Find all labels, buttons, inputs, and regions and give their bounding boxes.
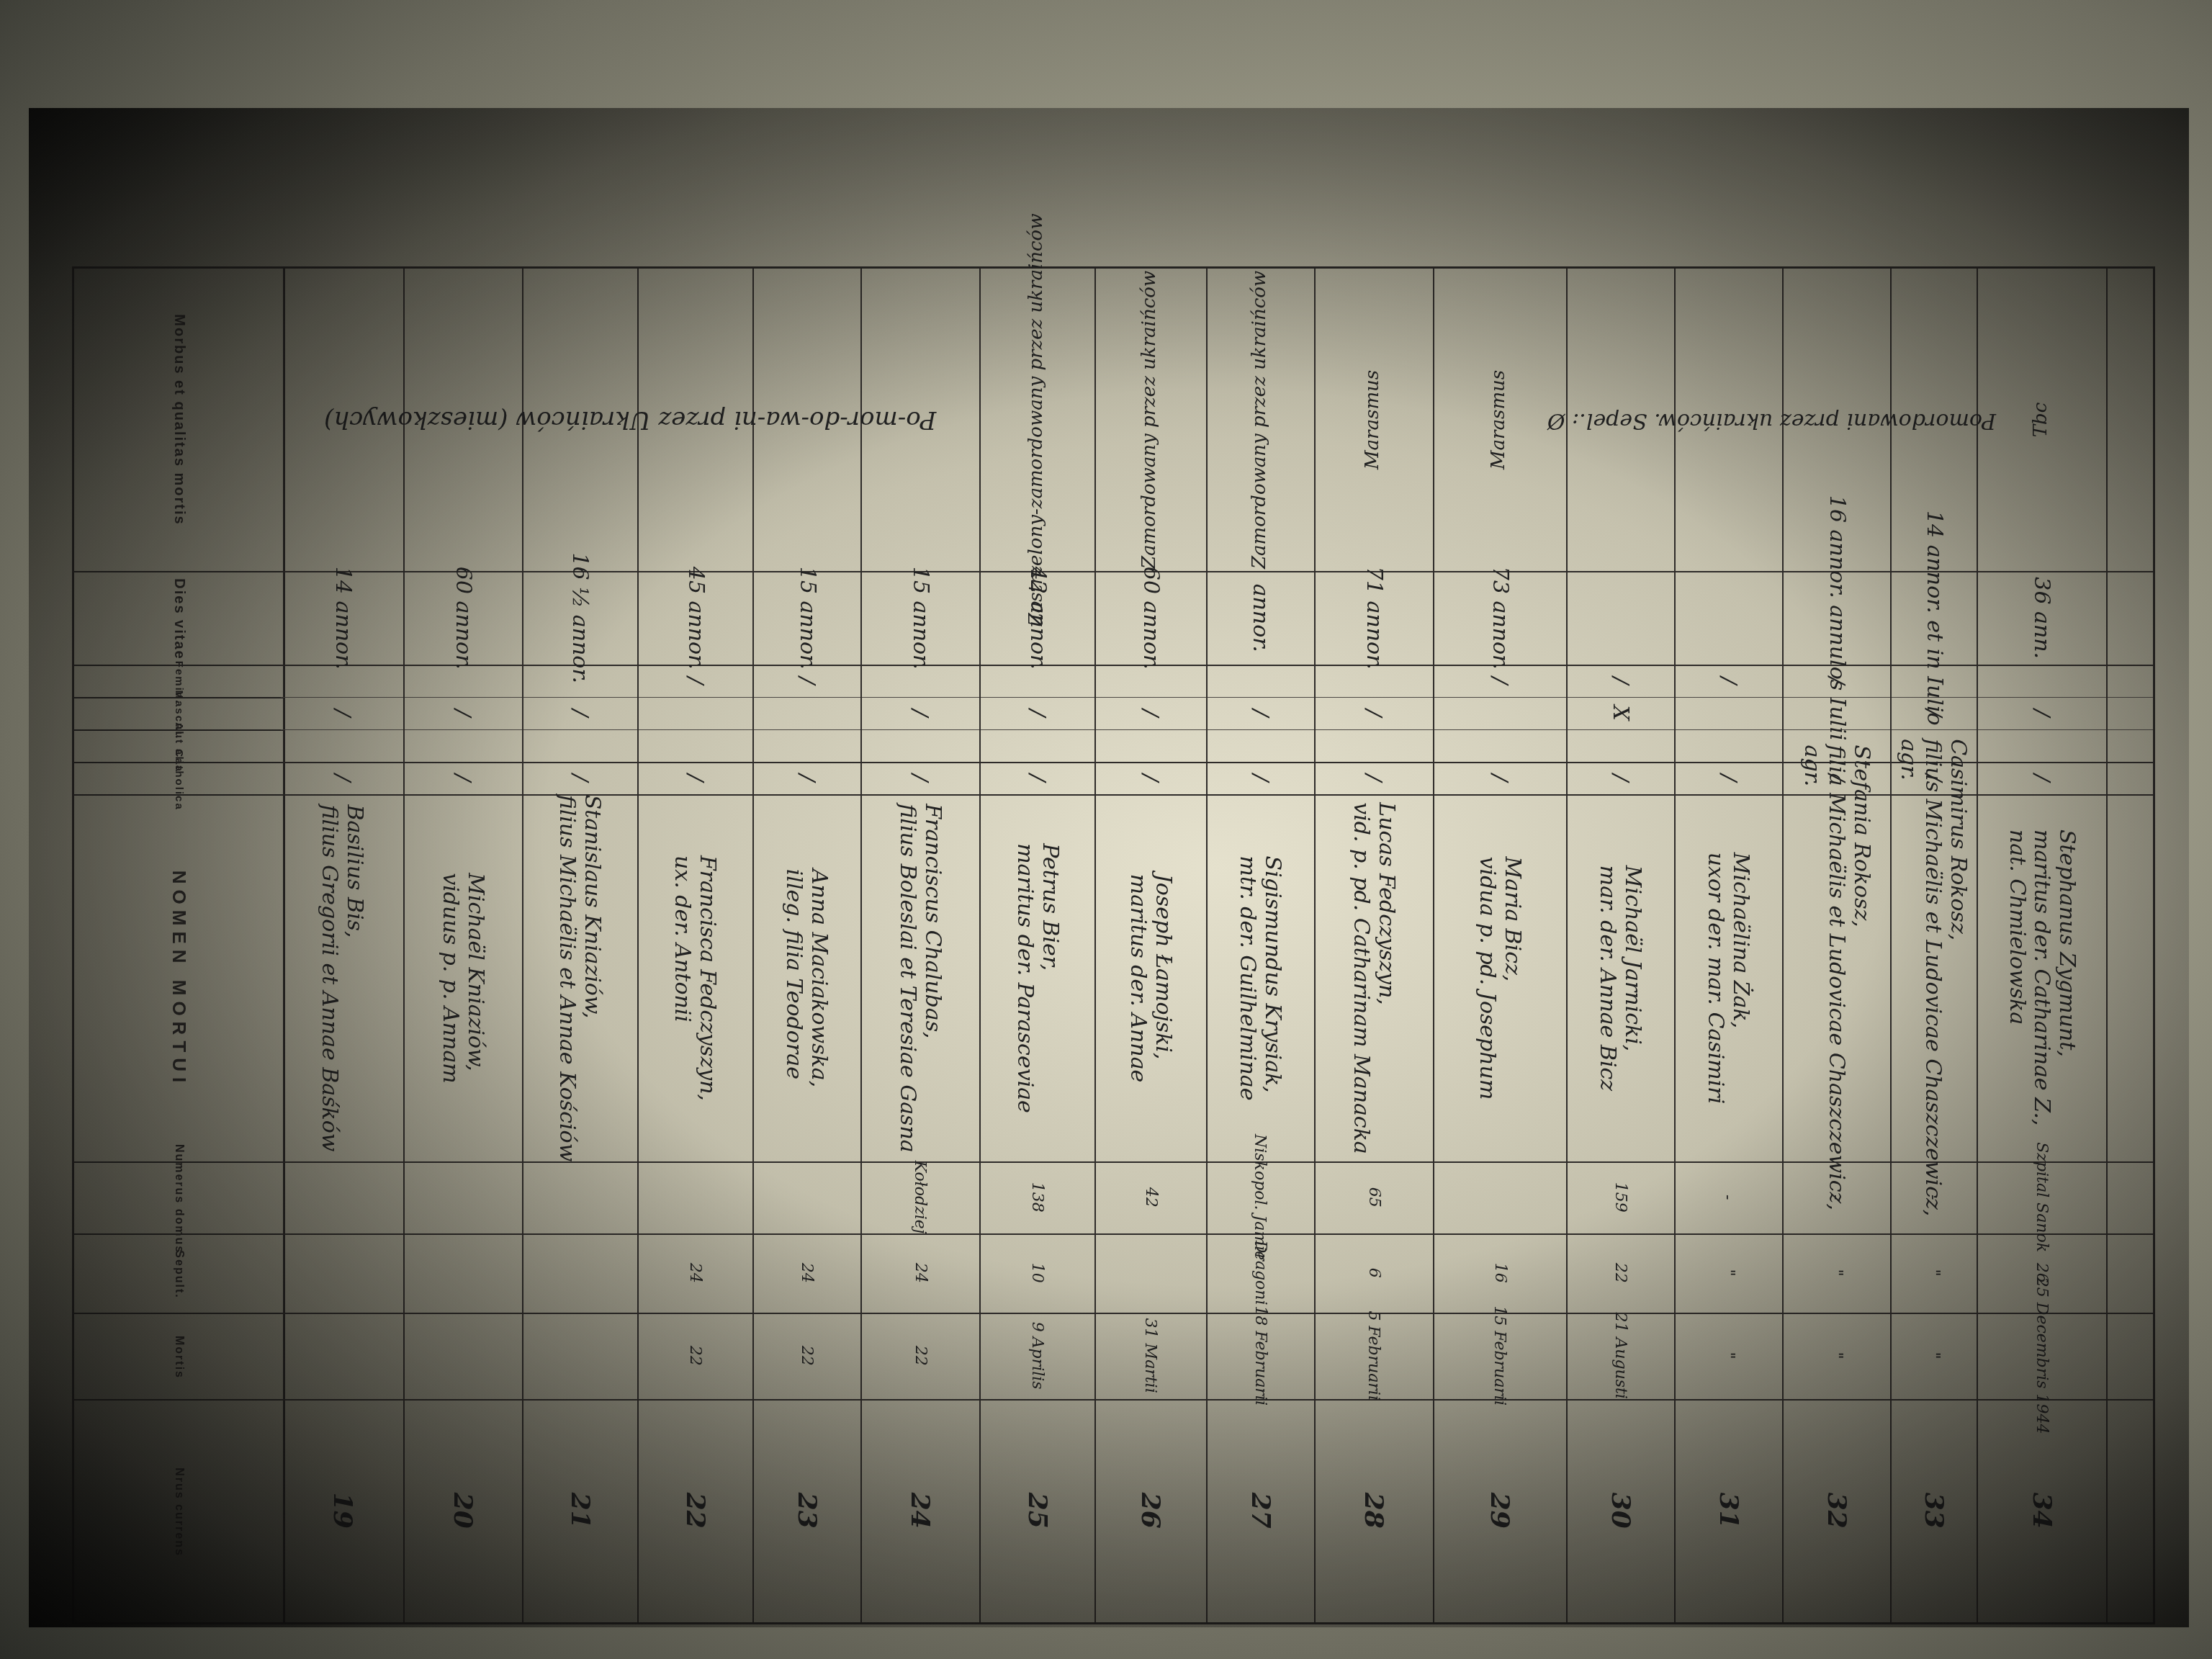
religion-catholic-mark: / <box>1890 762 1977 794</box>
age-value-text: 15 annor. <box>794 567 819 670</box>
entry-number-text: 34 <box>2026 1493 2056 1529</box>
deceased-name-text: Stanislaus Kniaziów, filius Michaëlis et… <box>555 794 605 1161</box>
deceased-name-text: Petrus Bier, maritus der. Parasceviae <box>1012 843 1062 1113</box>
burial-date: " <box>1890 1233 1977 1313</box>
age-value <box>1566 571 1674 665</box>
house-number: 65 <box>1314 1161 1433 1233</box>
cause-of-death-text: Marasmus <box>1489 370 1511 469</box>
sex-male-mark: / <box>1977 697 2106 729</box>
religion-other-mark <box>403 729 522 762</box>
deceased-name-text: Michaël Jarnicki, mar. der. Annae Bicz <box>1596 865 1645 1090</box>
sex-female-mark-text: / <box>1608 677 1633 684</box>
deceased-name: Michaël Kniaziów, viduus p. p. Annam <box>403 794 522 1161</box>
age-value: 16 ½ annor. <box>522 571 637 665</box>
header-age: Dies vitae <box>74 571 283 666</box>
entry-number-text: 27 <box>1245 1493 1274 1529</box>
deceased-name-text: Michaël Kniaziów, viduus p. p. Annam <box>438 873 487 1084</box>
sex-female-mark <box>860 665 979 697</box>
entry-number-text: 23 <box>791 1493 821 1529</box>
age-value-text: 16 ½ annor. <box>567 552 593 683</box>
religion-catholic-mark: / <box>1674 762 1782 794</box>
deceased-name-text: Lucas Fedczyszyn, vid. p. pd. Catharinam… <box>1349 802 1398 1154</box>
entry-number: 28 <box>1314 1399 1433 1622</box>
deceased-name: Anna Maciakowska, illeg. filia Teodorae <box>752 794 860 1161</box>
death-date-text: " <box>1924 1352 1942 1359</box>
death-date-text: 21 Augusti <box>1611 1313 1629 1399</box>
religion-other-mark <box>1674 729 1782 762</box>
deceased-name: Stephanus Zygmunt, maritus der. Catharin… <box>1977 794 2106 1161</box>
header-name: NOMEN MORTUI <box>74 794 283 1163</box>
religion-catholic-mark-text: / <box>1824 774 1849 781</box>
house-number <box>752 1161 860 1233</box>
entry-number-text: 33 <box>1918 1493 1948 1529</box>
age-value-text: 60 annor. <box>450 567 475 670</box>
register-grid: 19Basilius Bis, filius Gregorii et Annae… <box>281 266 2155 1624</box>
deceased-name-text: Michaëlina Żak, uxor der. mar. Casimiri <box>1704 852 1753 1104</box>
religion-other-mark <box>637 729 752 762</box>
header-cause: Morbus et qualitas mortis <box>74 269 283 571</box>
sex-male-mark: / <box>1206 697 1314 729</box>
entry-number: 29 <box>1433 1399 1566 1622</box>
age-value: annor. <box>1206 571 1314 665</box>
sex-male-mark-text: X <box>1608 706 1633 721</box>
age-value-text: 15 annor. <box>907 567 932 670</box>
deceased-name: Stefania Rokosz, filia Michaëlis et Ludo… <box>1782 794 1890 1161</box>
cause-of-death: Zamordowany przez ukraińców <box>1094 269 1206 571</box>
burial-date <box>403 1233 522 1313</box>
deceased-name-text: Stephanus Zygmunt, maritus der. Catharin… <box>2004 829 2079 1126</box>
sex-male-mark: X <box>1566 697 1674 729</box>
religion-catholic-mark: / <box>1782 762 1890 794</box>
sex-female-mark: / <box>1674 665 1782 697</box>
death-date-text: 22 <box>911 1346 929 1366</box>
burial-date: " <box>1674 1233 1782 1313</box>
age-value-text: 14 annor. <box>330 567 355 670</box>
deceased-name-text: Stefania Rokosz, filia Michaëlis et Ludo… <box>1799 745 1874 1210</box>
deceased-name-text: Francisca Fedczyszyn, ux. der. Antonii <box>670 855 720 1100</box>
religion-catholic-mark-text: / <box>683 774 708 781</box>
burial-date-text: " <box>1827 1269 1845 1277</box>
entry-number-text: 31 <box>1713 1493 1743 1529</box>
death-date-text: 31 Martii <box>1141 1318 1159 1393</box>
entry-number: 27 <box>1206 1399 1314 1622</box>
age-value: 15 annor. <box>752 571 860 665</box>
burial-date: 24 <box>637 1233 752 1313</box>
header-death: Mortis <box>74 1313 283 1401</box>
burial-date <box>522 1233 637 1313</box>
death-date: 22 <box>752 1313 860 1399</box>
death-date: " <box>1782 1313 1890 1399</box>
house-number-text: Kołodziej <box>911 1161 929 1234</box>
death-date: " <box>1890 1313 1977 1399</box>
sex-female-mark-text: / <box>1487 677 1512 684</box>
religion-other-mark <box>1890 729 1977 762</box>
deceased-name: Maria Bicz, vidua p. pd. Josephum <box>1433 794 1566 1161</box>
religion-other-mark <box>860 729 979 762</box>
sex-female-mark-text: / <box>1716 677 1741 684</box>
age-value: 15 annor. <box>860 571 979 665</box>
age-value: 71 annor. <box>1314 571 1433 665</box>
sex-female-mark <box>403 665 522 697</box>
religion-catholic-mark: / <box>522 762 637 794</box>
house-number: 42 <box>1094 1161 1206 1233</box>
age-value-text: 60 annor. <box>1138 567 1163 670</box>
religion-other-mark <box>281 729 403 762</box>
religion-other-mark <box>1314 729 1433 762</box>
entry-number: 21 <box>522 1399 637 1622</box>
death-date-text: " <box>1719 1352 1737 1359</box>
religion-catholic-mark: / <box>1094 762 1206 794</box>
sex-female-mark <box>1206 665 1314 697</box>
group-cause-of-death: Po-mor-do-wa-ni przez Ukraińców (mieszko… <box>281 269 979 571</box>
group-cause-of-death-2: Pomordowani przez ukraińców. Sepel.: Ø <box>1566 269 1977 571</box>
house-number: - <box>1674 1161 1782 1233</box>
age-value: 73 annor. <box>1433 571 1566 665</box>
burial-date <box>1094 1233 1206 1313</box>
death-date: 25 Decembris 1944 <box>1977 1313 2106 1399</box>
sex-male-mark-text: / <box>2029 709 2054 716</box>
sex-male-mark-text: / <box>567 709 593 716</box>
entry-number: 31 <box>1674 1399 1782 1622</box>
entry-number-text: 28 <box>1359 1493 1388 1529</box>
cause-of-death-text: Zastrzelony-zamordowany przez ukraińców <box>1026 214 1048 626</box>
burial-date: 10 <box>979 1233 1094 1313</box>
deceased-name-text: Casimirus Rokosz, filius Michaëlis et Lu… <box>1896 739 1971 1216</box>
sex-male-mark: / <box>979 697 1094 729</box>
death-date-text: 9 Aprilis <box>1028 1322 1046 1390</box>
death-date: 22 <box>637 1313 752 1399</box>
religion-catholic-mark-text: / <box>1248 774 1273 781</box>
register-header: Morbus et qualitas mortis Dies vitae Fem… <box>72 266 285 1624</box>
death-date <box>522 1313 637 1399</box>
religion-catholic-mark: / <box>979 762 1094 794</box>
entry-number-text: 24 <box>905 1493 935 1529</box>
burial-date: 24 <box>752 1233 860 1313</box>
entry-number-text: 29 <box>1485 1493 1514 1529</box>
house-number <box>1433 1161 1566 1233</box>
age-value: 45 annor. <box>637 571 752 665</box>
cause-of-death: Marasmus <box>1433 269 1566 571</box>
cause-of-death: Zastrzelony-zamordowany przez ukraińców <box>979 269 1094 571</box>
entry-number-text: 22 <box>680 1493 709 1529</box>
sex-male-mark <box>1674 697 1782 729</box>
deceased-name: Casimirus Rokosz, filius Michaëlis et Lu… <box>1890 794 1977 1161</box>
death-date: " <box>1674 1313 1782 1399</box>
sex-male-mark: / <box>522 697 637 729</box>
sex-male-mark <box>752 697 860 729</box>
religion-catholic-mark-text: / <box>794 774 819 781</box>
sex-male-mark: / <box>403 697 522 729</box>
death-date-text: 18 Februarii <box>1251 1306 1269 1406</box>
cause-of-death-text: Zamordowany przez ukraińców <box>1140 271 1161 569</box>
entry-number: 33 <box>1890 1399 1977 1622</box>
house-number: Niskopol. Jamie <box>1206 1161 1314 1233</box>
deceased-name: Michaëlina Żak, uxor der. mar. Casimiri <box>1674 794 1782 1161</box>
cause-of-death-text: Marasmus <box>1363 370 1385 469</box>
entry-number: 22 <box>637 1399 752 1622</box>
religion-other-mark <box>522 729 637 762</box>
burial-date: 22 <box>1566 1233 1674 1313</box>
death-date-text: 22 <box>685 1346 703 1366</box>
deceased-name: Lucas Fedczyszyn, vid. p. pd. Catharinam… <box>1314 794 1433 1161</box>
house-number-text: - <box>1719 1195 1737 1200</box>
age-value-text: 73 annor. <box>1487 567 1512 670</box>
burial-date <box>281 1233 403 1313</box>
deceased-name-text: Franciscus Chalubas, filius Boleslai et … <box>895 804 945 1152</box>
burial-date: " <box>1782 1233 1890 1313</box>
house-number <box>637 1161 752 1233</box>
deceased-name-text: Sigismundus Krysiak, mtr. der. Guilhelmi… <box>1236 855 1285 1100</box>
deceased-name-text: Maria Bicz, vidua p. pd. Josephum <box>1475 856 1524 1100</box>
religion-other-mark <box>752 729 860 762</box>
death-date-text: " <box>1827 1352 1845 1359</box>
entry-number-text: 19 <box>327 1493 356 1529</box>
religion-catholic-mark: / <box>1433 762 1566 794</box>
death-date: 5 Februarii <box>1314 1313 1433 1399</box>
sex-male-mark-text: / <box>1138 709 1163 716</box>
religion-other-mark <box>1206 729 1314 762</box>
religion-catholic-mark: / <box>1314 762 1433 794</box>
sex-male-mark <box>1433 697 1566 729</box>
death-date: 22 <box>860 1313 979 1399</box>
sex-female-mark <box>1977 665 2106 697</box>
age-value-text: annor. <box>1248 583 1273 652</box>
sex-male-mark-text: / <box>330 709 355 716</box>
house-number <box>281 1161 403 1233</box>
religion-other-mark <box>1566 729 1674 762</box>
house-number: 159 <box>1566 1161 1674 1233</box>
sex-female-mark <box>1314 665 1433 697</box>
entry-number-text: 26 <box>1136 1493 1165 1529</box>
sex-male-mark: / <box>1314 697 1433 729</box>
house-number-text: 138 <box>1028 1182 1046 1213</box>
religion-catholic-mark-text: / <box>1138 774 1163 781</box>
age-value: 60 annor. <box>403 571 522 665</box>
sex-male-mark-text: / <box>1361 709 1386 716</box>
death-date-text: 15 Februarii <box>1491 1306 1509 1406</box>
sex-male-mark-text: / <box>1248 709 1273 716</box>
deceased-name-text: Joseph Łamojski, maritus der. Annae <box>1125 873 1175 1082</box>
burial-date-text: 16 <box>1491 1263 1509 1283</box>
house-number-text: 65 <box>1364 1187 1382 1208</box>
sex-female-mark <box>281 665 403 697</box>
deceased-name: Basilius Bis, filius Gregorii et Annae B… <box>281 794 403 1161</box>
age-value-text: 36 ann. <box>2029 577 2054 659</box>
house-number: Kołodziej <box>860 1161 979 1233</box>
group-cause-text: Po-mor-do-wa-ni przez Ukraińców (mieszko… <box>324 405 936 433</box>
deceased-name: Francisca Fedczyszyn, ux. der. Antonii <box>637 794 752 1161</box>
sex-male-mark-text: / <box>907 709 932 716</box>
sex-female-mark: / <box>752 665 860 697</box>
religion-catholic-mark-text: / <box>1716 774 1741 781</box>
register-page: Morbus et qualitas mortis Dies vitae Fem… <box>29 108 2189 1627</box>
entry-number-text: 30 <box>1605 1493 1635 1529</box>
religion-catholic-mark-text: / <box>1487 774 1512 781</box>
sex-female-mark-text: / <box>683 677 708 684</box>
house-number-text: 42 <box>1141 1187 1159 1208</box>
cause-of-death: Tbc <box>1977 269 2106 571</box>
deceased-name: Franciscus Chalubas, filius Boleslai et … <box>860 794 979 1161</box>
age-value <box>1674 571 1782 665</box>
burial-date-text: 6 <box>1364 1268 1382 1278</box>
house-number <box>522 1161 637 1233</box>
religion-catholic-mark: / <box>281 762 403 794</box>
death-date <box>403 1313 522 1399</box>
death-date-text: 22 <box>797 1346 815 1366</box>
cause-of-death: Zamordowany przez ukraińców <box>1206 269 1314 571</box>
deceased-name-text: Basilius Bis, filius Gregorii et Annae B… <box>318 804 367 1151</box>
age-value: 16 annor. annulos Iulii <box>1782 571 1890 665</box>
religion-catholic-mark: / <box>403 762 522 794</box>
religion-other-mark <box>1094 729 1206 762</box>
house-number-text: 159 <box>1611 1182 1629 1213</box>
burial-date-text: 24 <box>797 1263 815 1283</box>
religion-catholic-mark-text: / <box>1921 774 1946 781</box>
religion-other-mark <box>1977 729 2106 762</box>
burial-date: 6 <box>1314 1233 1433 1313</box>
religion-catholic-mark-text: / <box>1608 774 1633 781</box>
religion-catholic-mark: / <box>1977 762 2106 794</box>
sex-male-mark: / <box>1094 697 1206 729</box>
sex-female-mark: / <box>1566 665 1674 697</box>
religion-catholic-mark-text: / <box>907 774 932 781</box>
religion-catholic-mark: / <box>1206 762 1314 794</box>
death-date <box>281 1313 403 1399</box>
age-value: 14 annor. et in Iulio <box>1890 571 1977 665</box>
deceased-name: Stanislaus Kniaziów, filius Michaëlis et… <box>522 794 637 1161</box>
sex-female-mark: / <box>1433 665 1566 697</box>
entry-number: 20 <box>403 1399 522 1622</box>
religion-catholic-mark: / <box>1566 762 1674 794</box>
age-value: 36 ann. <box>1977 571 2106 665</box>
header-house: Numerus domus <box>74 1161 283 1235</box>
death-date: 21 Augusti <box>1566 1313 1674 1399</box>
death-date-text: 5 Februarii <box>1364 1311 1382 1401</box>
religion-catholic-mark-text: / <box>330 774 355 781</box>
deceased-name: Sigismundus Krysiak, mtr. der. Guilhelmi… <box>1206 794 1314 1161</box>
entry-number: 23 <box>752 1399 860 1622</box>
religion-other-mark <box>1433 729 1566 762</box>
entry-number: 19 <box>281 1399 403 1622</box>
header-catholic: Catholica <box>74 762 283 796</box>
header-burial: Sepult. <box>74 1233 283 1314</box>
cause-of-death-text: Zamordowany przez ukraińców <box>1249 271 1271 569</box>
entry-number: 30 <box>1566 1399 1674 1622</box>
burial-date: 16 <box>1433 1233 1566 1313</box>
death-date: 31 Martii <box>1094 1313 1206 1399</box>
burial-date-text: 22 <box>1611 1263 1629 1283</box>
burial-date-text: 10 <box>1028 1263 1046 1283</box>
cause-of-death: Marasmus <box>1314 269 1433 571</box>
entry-number-text: 25 <box>1022 1493 1051 1529</box>
entry-number-text: 21 <box>565 1493 594 1529</box>
sex-female-mark-text: / <box>794 677 819 684</box>
religion-catholic-mark-text: / <box>567 774 593 781</box>
group-cause-text-2: Pomordowani przez ukraińców. Sepel.: Ø <box>1547 408 1996 433</box>
entry-number-text: 20 <box>448 1493 477 1529</box>
religion-catholic-mark-text: / <box>2029 774 2054 781</box>
sex-male-mark <box>637 697 752 729</box>
entry-number: 25 <box>979 1399 1094 1622</box>
house-number: 138 <box>979 1161 1094 1233</box>
religion-catholic-mark-text: / <box>1025 774 1050 781</box>
deceased-name: Joseph Łamojski, maritus der. Annae <box>1094 794 1206 1161</box>
burial-date-text: 26 <box>2032 1263 2050 1283</box>
entry-number: 32 <box>1782 1399 1890 1622</box>
religion-catholic-mark: / <box>752 762 860 794</box>
religion-catholic-mark: / <box>637 762 752 794</box>
burial-date: 24 <box>860 1233 979 1313</box>
age-value: 60 annor. <box>1094 571 1206 665</box>
entry-number: 24 <box>860 1399 979 1622</box>
sex-male-mark-text: / <box>1025 709 1050 716</box>
religion-other-mark <box>979 729 1094 762</box>
sex-female-mark <box>1094 665 1206 697</box>
deceased-name: Michaël Jarnicki, mar. der. Annae Bicz <box>1566 794 1674 1161</box>
religion-catholic-mark-text: / <box>450 774 475 781</box>
cause-of-death-text: Tbc <box>2031 403 2052 438</box>
deceased-name: Petrus Bier, maritus der. Parasceviae <box>979 794 1094 1161</box>
house-number: Szpital Sanok <box>1977 1161 2106 1233</box>
death-date: 9 Aprilis <box>979 1313 1094 1399</box>
age-value-text: 45 annor. <box>683 567 708 670</box>
religion-catholic-mark-text: / <box>1361 774 1386 781</box>
house-number <box>403 1161 522 1233</box>
burial-date-text: " <box>1924 1269 1942 1277</box>
burial-date-text: " <box>1719 1269 1737 1277</box>
death-date: 18 Februarii <box>1206 1313 1314 1399</box>
deceased-name-text: Anna Maciakowska, illeg. filia Teodorae <box>782 868 832 1087</box>
sex-male-mark: / <box>281 697 403 729</box>
sex-male-mark-text: / <box>450 709 475 716</box>
entry-number: 26 <box>1094 1399 1206 1622</box>
age-value-text: 71 annor. <box>1361 567 1386 670</box>
sex-male-mark: / <box>860 697 979 729</box>
religion-catholic-mark: / <box>860 762 979 794</box>
header-number: Nrus currens <box>74 1399 283 1624</box>
death-date: 15 Februarii <box>1433 1313 1566 1399</box>
entry-number-text: 32 <box>1821 1493 1851 1529</box>
burial-date-text: 24 <box>911 1263 929 1283</box>
burial-date-text: 24 <box>685 1263 703 1283</box>
age-value: 14 annor. <box>281 571 403 665</box>
